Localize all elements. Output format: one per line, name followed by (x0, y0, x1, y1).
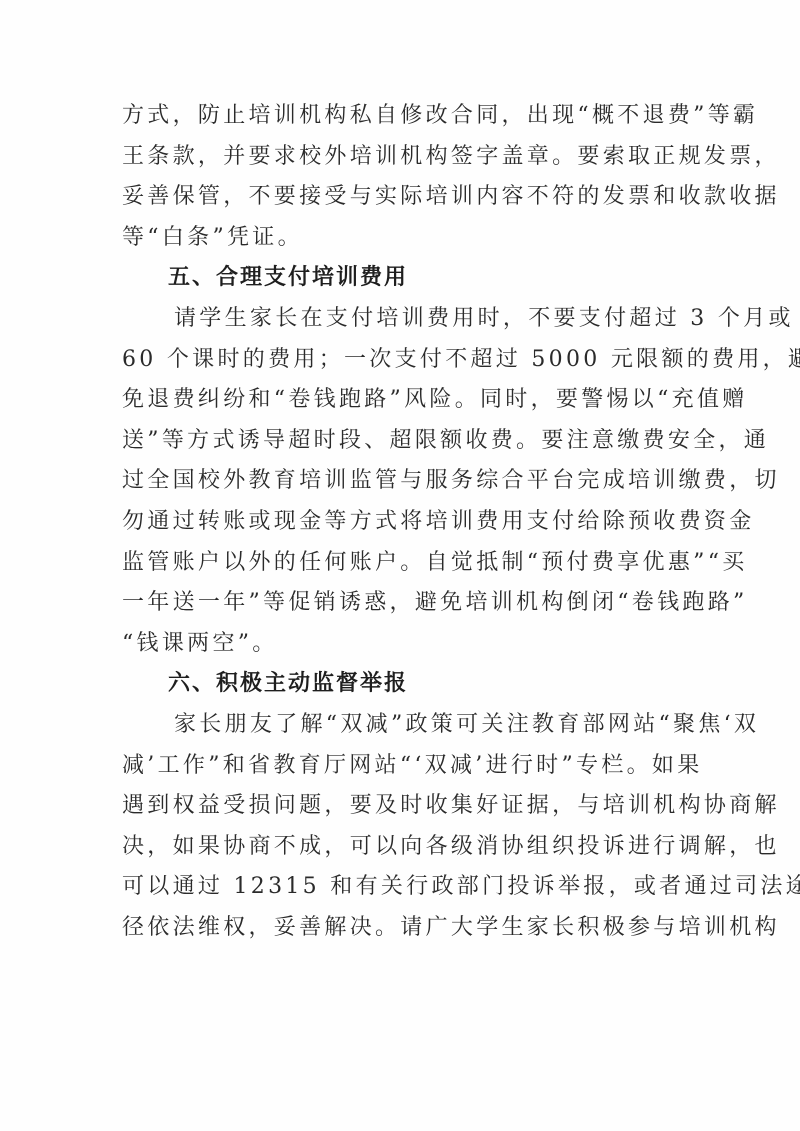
text-line: “钱课两空”。 (122, 624, 684, 665)
text-line: 妥善保管，不要接受与实际培训内容不符的发票和收款收据 (122, 177, 684, 218)
section-heading-6: 六、积极主动监督举报 (122, 664, 684, 705)
text-line: 送”等方式诱导超时段、超限额收费。要注意缴费安全，通 (122, 421, 684, 462)
text-line: 王条款，并要求校外培训机构签字盖章。要索取正规发票， (122, 137, 684, 178)
text-line: 60 个课时的费用；一次支付不超过 5000 元限额的费用，避 (122, 340, 684, 381)
document-page: 方式，防止培训机构私自修改合同，出现“概不退费”等霸 王条款，并要求校外培训机构… (0, 0, 800, 1131)
text-line: 一年送一年”等促销诱惑，避免培训机构倒闭“卷钱跑路” (122, 583, 684, 624)
document-body: 方式，防止培训机构私自修改合同，出现“概不退费”等霸 王条款，并要求校外培训机构… (122, 96, 684, 948)
paragraph-supervision: 家长朋友了解“双减”政策可关注教育部网站“聚焦‘双 减’工作”和省教育厅网站“‘… (122, 705, 684, 949)
paragraph-payment: 请学生家长在支付培训费用时，不要支付超过 3 个月或 60 个课时的费用；一次支… (122, 299, 684, 664)
paragraph-contract-terms: 方式，防止培训机构私自修改合同，出现“概不退费”等霸 王条款，并要求校外培训机构… (122, 96, 684, 258)
text-line: 家长朋友了解“双减”政策可关注教育部网站“聚焦‘双 (122, 705, 684, 746)
text-line: 方式，防止培训机构私自修改合同，出现“概不退费”等霸 (122, 96, 684, 137)
text-line: 免退费纠纷和“卷钱跑路”风险。同时，要警惕以“充值赠 (122, 380, 684, 421)
section-heading-5: 五、合理支付培训费用 (122, 258, 684, 299)
text-line: 减’工作”和省教育厅网站“‘双减’进行时”专栏。如果 (122, 746, 684, 787)
text-line: 遇到权益受损问题，要及时收集好证据，与培训机构协商解 (122, 786, 684, 827)
text-line: 等“白条”凭证。 (122, 218, 684, 259)
text-line: 可以通过 12315 和有关行政部门投诉举报，或者通过司法途 (122, 867, 684, 908)
text-line: 勿通过转账或现金等方式将培训费用支付给除预收费资金 (122, 502, 684, 543)
text-line: 监管账户以外的任何账户。自觉抵制“预付费享优惠”“买 (122, 543, 684, 584)
text-line: 过全国校外教育培训监管与服务综合平台完成培训缴费，切 (122, 461, 684, 502)
text-line: 请学生家长在支付培训费用时，不要支付超过 3 个月或 (122, 299, 684, 340)
text-line: 决，如果协商不成，可以向各级消协组织投诉进行调解，也 (122, 827, 684, 868)
text-line: 径依法维权，妥善解决。请广大学生家长积极参与培训机构 (122, 908, 684, 949)
